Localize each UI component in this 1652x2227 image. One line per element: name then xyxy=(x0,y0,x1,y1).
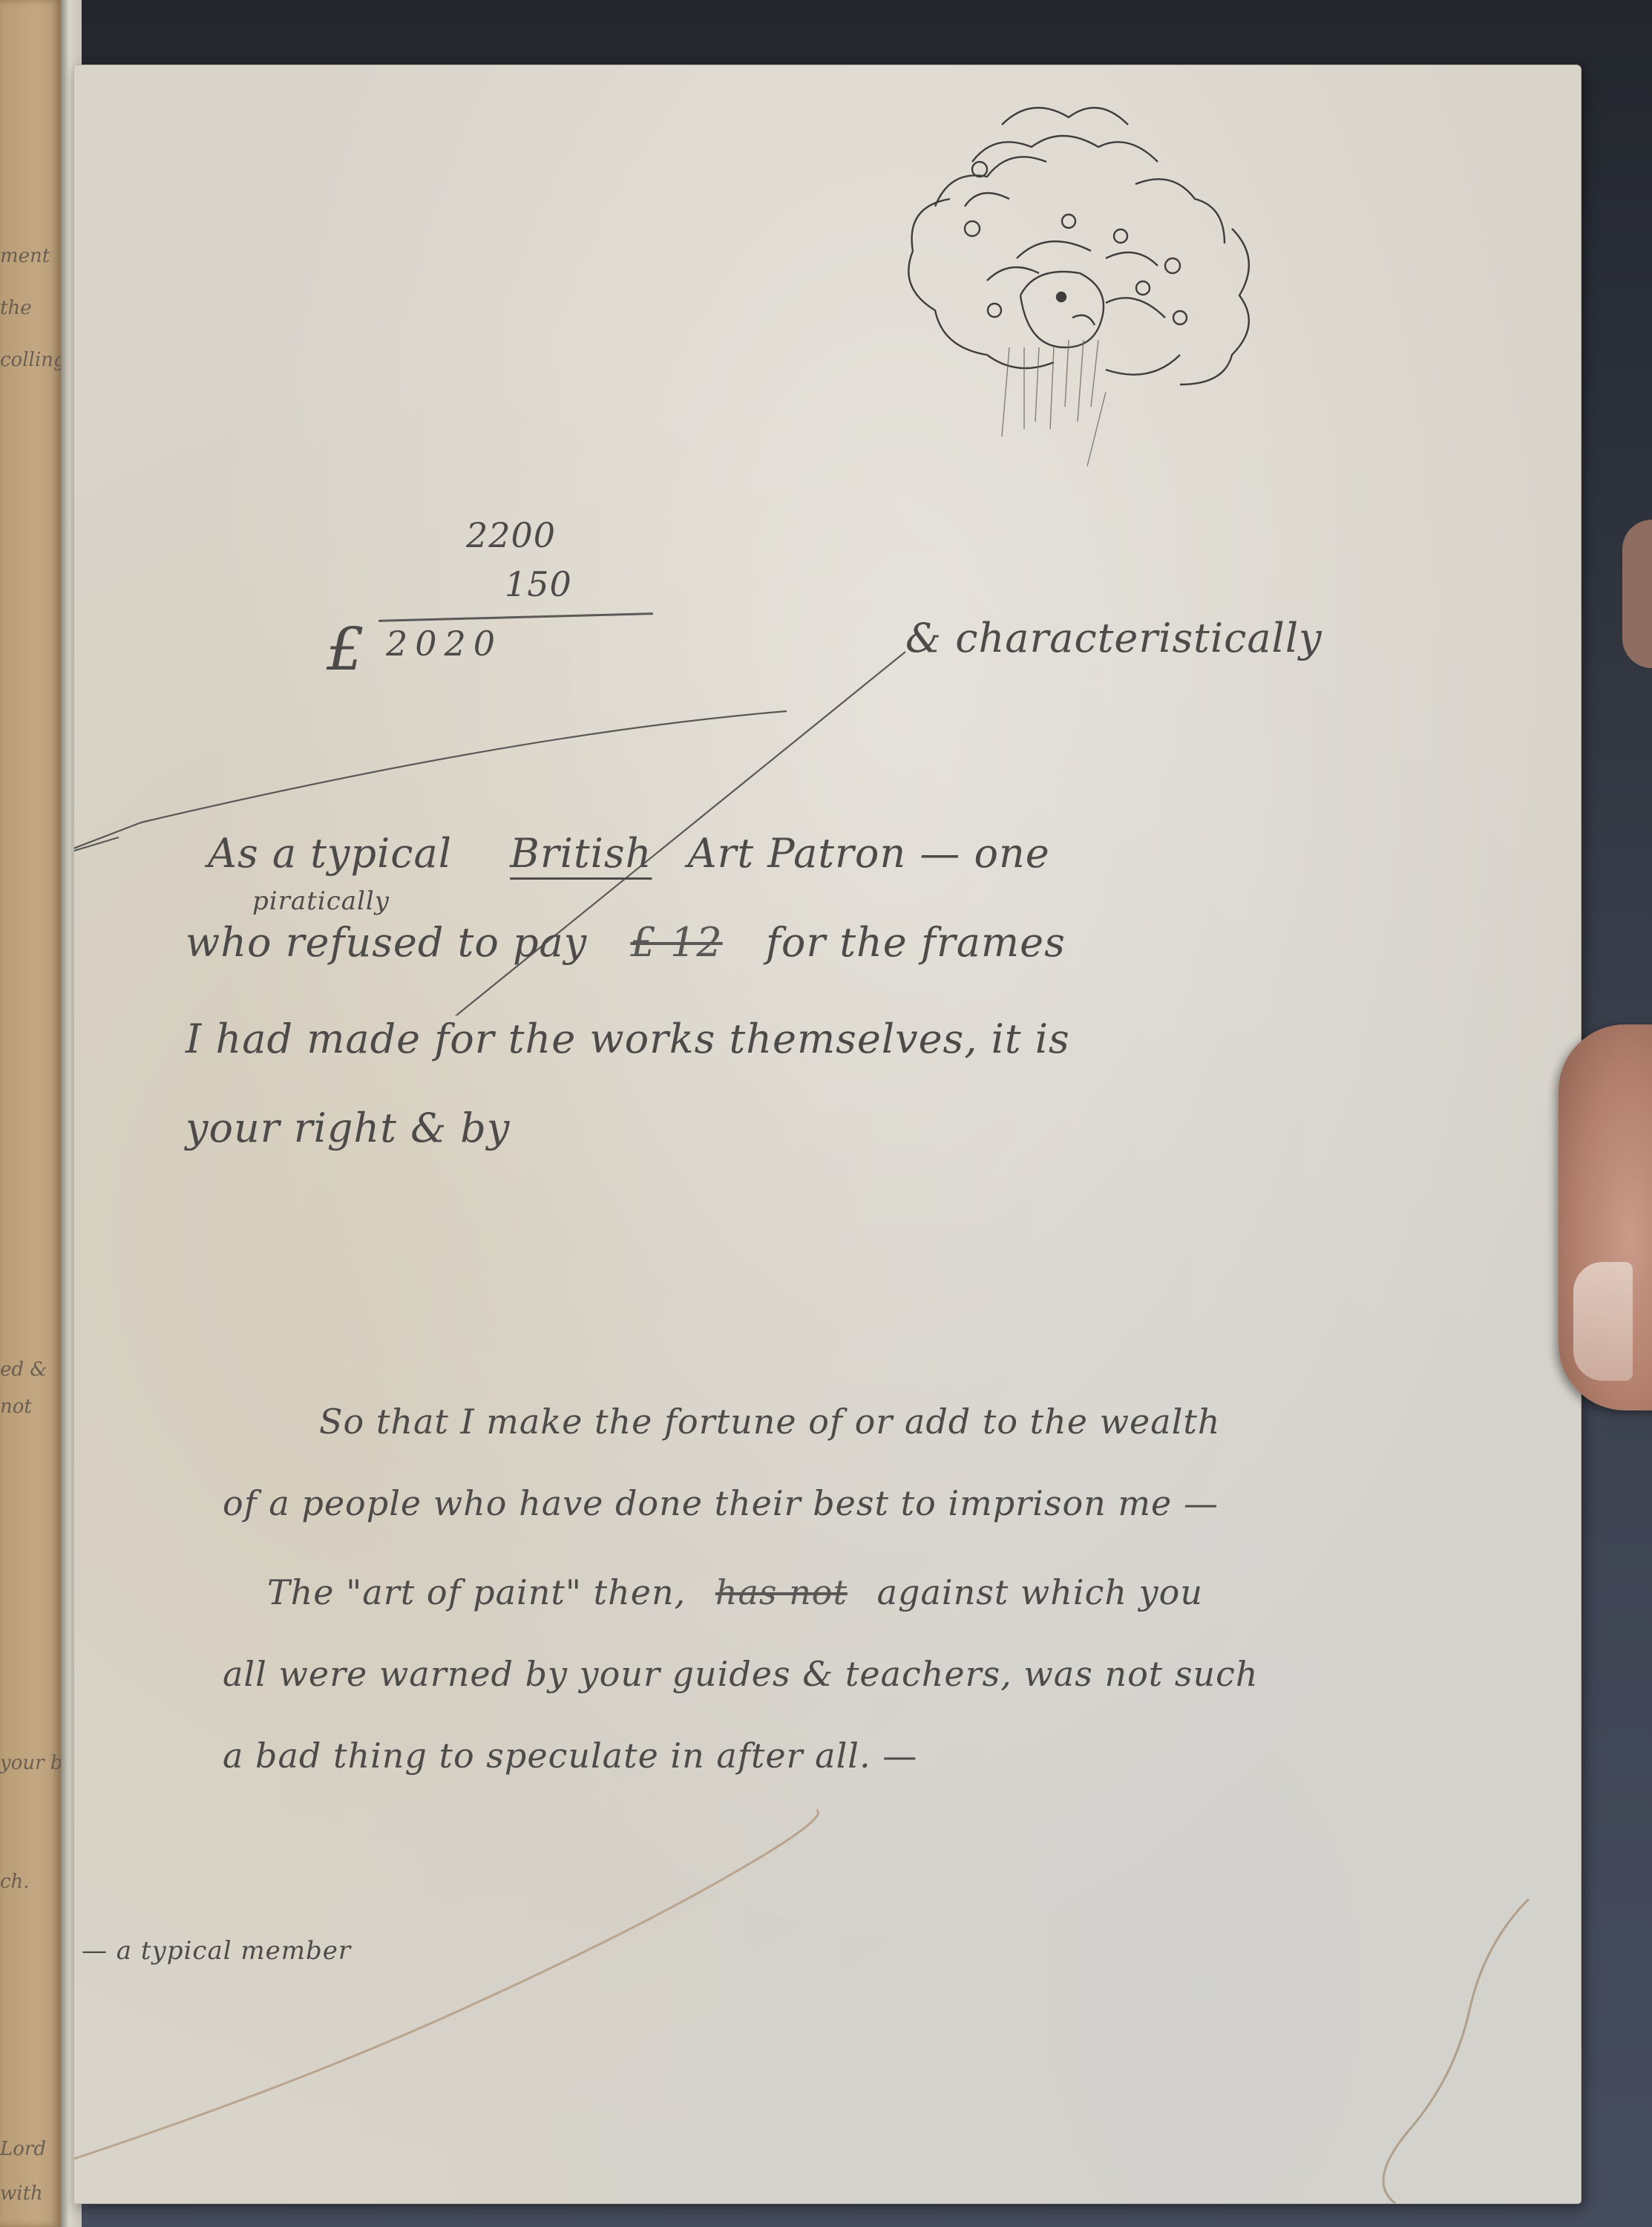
left-page-fragment: ch. xyxy=(0,1871,61,1893)
p1-line-3: I had made for the works themselves, it … xyxy=(186,1016,1070,1062)
calc-line-2: 150 xyxy=(505,564,572,604)
p2-line-3: The "art of paint" then, has not against… xyxy=(267,1572,1203,1612)
p2-line-1: So that I make the fortune of or add to … xyxy=(319,1402,1220,1442)
left-page-fragment: colling xyxy=(0,349,61,371)
cloud-head-sketch-icon xyxy=(883,80,1269,466)
p1-line-1: As a typical British Art Patron — one xyxy=(208,830,1050,877)
margin-note-typical-member: — a typical member xyxy=(82,1936,351,1966)
calc-rule xyxy=(378,612,653,622)
notebook-page: 2200 150 £ 2020 & characteristically As … xyxy=(74,65,1581,2203)
left-page-fragment: the xyxy=(0,297,61,319)
left-page-fragment: not xyxy=(0,1396,61,1418)
p2-line-5: a bad thing to speculate in after all. — xyxy=(223,1736,917,1776)
left-page-fragment: ment xyxy=(0,245,61,267)
thumbnail-nail xyxy=(1573,1262,1633,1381)
p2-line-4: all were warned by your guides & teacher… xyxy=(223,1654,1259,1694)
left-page-fragment: ed & xyxy=(0,1358,61,1381)
left-page-fragment: Lord xyxy=(0,2138,61,2160)
p1-line-2: who refused to pay £ 12 for the frames xyxy=(186,919,1066,966)
previous-page-edge: ment the colling ed & not your bill ch. … xyxy=(0,0,61,2227)
calc-line-1: 2200 xyxy=(466,515,556,555)
left-page-fragment: with xyxy=(0,2182,61,2205)
p1-line-4: your right & by xyxy=(186,1105,510,1151)
finger-edge xyxy=(1622,520,1652,668)
p1-insertion-piratically: piratically xyxy=(252,886,390,916)
p2-line-2: of a people who have done their best to … xyxy=(223,1483,1219,1523)
photo-stage: ment the colling ed & not your bill ch. … xyxy=(0,0,1652,2227)
annotation-characteristically: & characteristically xyxy=(905,615,1322,661)
left-page-fragment: your bill xyxy=(0,1752,61,1774)
